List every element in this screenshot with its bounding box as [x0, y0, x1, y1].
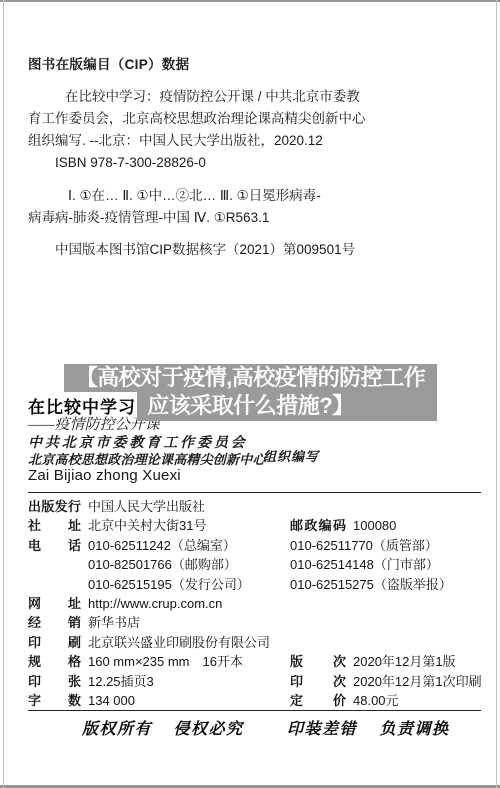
title-pinyin: Zai Bijiao zhong Xuexi [28, 467, 181, 484]
row-label: 经销 [28, 613, 81, 632]
cip-record-number: 中国版本图书馆CIP数据核字（2021）第009501号 [28, 239, 476, 261]
row-value: 新华书店 [88, 613, 140, 632]
row-website: 网址http://www.crup.com.cn [28, 594, 481, 613]
row-publisher: 出版发行中国人民大学出版社 [28, 497, 481, 516]
copyright-page: 图书在版编目（CIP）数据 在比较中学习：疫情防控公开课 / 中共北京市委教 育… [0, 0, 500, 788]
row-format: 规格160 mm×235 mm 16开本 版次2020年12月第1版 [28, 652, 481, 671]
notice-item: 负责调换 [380, 716, 450, 739]
row-printer: 印刷北京联兴盛业印刷股份有限公司 [28, 633, 481, 652]
row-right-value: 100080 [353, 516, 396, 535]
row-right: 010-62514148（门市部） [290, 555, 439, 574]
row-phone-1: 电话010-62511242（总编室） 010-62511770（质管部） [28, 536, 481, 555]
row-label: 印张 [28, 672, 81, 691]
row-right-value: 48.00元 [353, 691, 399, 710]
cip-edition-line: 组织编写. --北京：中国人民大学出版社，2020.12 [28, 130, 476, 152]
notice-item: 版权所有 [82, 716, 152, 739]
scan-edge-top [0, 0, 500, 2]
row-right: 版次2020年12月第1版 [290, 652, 456, 671]
scan-edge-left [3, 0, 4, 788]
row-right-label: 版次 [290, 652, 346, 671]
copyright-notice: 版权所有 侵权必究 印装差错 负责调换 [28, 716, 481, 739]
cip-classification-line-2: 病毒病-肺炎-疫情管理-中国 Ⅳ. ①R563.1 [28, 207, 476, 229]
row-value: 134 000 [88, 691, 135, 710]
cip-title-line: 在比较中学习：疫情防控公开课 / 中共北京市委教 [28, 86, 476, 108]
row-phone-2: 010-82501766（邮购部） 010-62514148（门市部） [28, 555, 481, 574]
row-right: 邮政编码100080 [290, 516, 396, 535]
row-right: 印次2020年12月第1次印刷 [290, 672, 482, 691]
cip-heading: 图书在版编目（CIP）数据 [28, 54, 476, 76]
notice-item: 印装差错 [287, 716, 357, 739]
cip-classification-line-1: Ⅰ. ①在… Ⅱ. ①中…②北… Ⅲ. ①日冕形病毒- [28, 185, 476, 207]
row-distributor: 经销新华书店 [28, 613, 481, 632]
row-value: 北京中关村大街31号 [88, 516, 206, 535]
cip-publisher-line: 育工作委员会，北京高校思想政治理论课高精尖创新中心 [28, 108, 476, 130]
row-label: 电话 [28, 536, 81, 555]
row-label: 出版发行 [28, 497, 81, 516]
row-right-value: 2020年12月第1版 [353, 652, 456, 671]
row-value: 010-62515195（发行公司） [88, 575, 250, 594]
row-right: 010-62511770（质管部） [290, 536, 438, 555]
row-value: 北京联兴盛业印刷股份有限公司 [88, 633, 270, 652]
row-label: 网址 [28, 594, 81, 613]
row-value: 中国人民大学出版社 [88, 497, 205, 516]
row-right-value: 2020年12月第1次印刷 [353, 672, 482, 691]
isbn-line: ISBN 978-7-300-28826-0 [28, 152, 476, 174]
row-value: 12.25插页3 [88, 672, 154, 691]
row-address: 社址北京中关村大街31号 邮政编码100080 [28, 516, 481, 535]
row-sheets: 印张12.25插页3 印次2020年12月第1次印刷 [28, 672, 481, 691]
row-value: http://www.crup.com.cn [88, 594, 222, 613]
row-value: 160 mm×235 mm 16开本 [88, 652, 243, 671]
author-line-2: 北京高校思想政治理论课高精尖创新中心 [28, 449, 266, 468]
colophon-table: 出版发行中国人民大学出版社 社址北京中关村大街31号 邮政编码100080 电话… [28, 497, 481, 710]
row-wordcount: 字数134 000 定价48.00元 [28, 691, 481, 710]
row-right-label: 印次 [290, 672, 346, 691]
row-label: 规格 [28, 652, 81, 671]
row-right: 010-62515275（盗版举报） [290, 575, 452, 594]
cip-block: 图书在版编目（CIP）数据 在比较中学习：疫情防控公开课 / 中共北京市委教 育… [28, 54, 476, 261]
row-value: 010-62511242（总编室） [88, 536, 236, 555]
row-value: 010-82501766（邮购部） [88, 555, 237, 574]
notice-item: 侵权必究 [174, 716, 244, 739]
row-label: 社址 [28, 516, 81, 535]
divider-bottom [28, 710, 481, 711]
row-label: 字数 [28, 691, 81, 710]
caption-line-1: 【高校对于疫情,高校疫情的防控工作 [64, 364, 437, 392]
scan-edge-right [496, 0, 497, 788]
row-right-label: 邮政编码 [290, 516, 346, 535]
row-right-label: 定价 [290, 691, 346, 710]
row-label: 印刷 [28, 633, 81, 652]
author-role: 组织编写 [263, 446, 319, 465]
row-phone-3: 010-62515195（发行公司） 010-62515275（盗版举报） [28, 575, 481, 594]
divider-top [28, 492, 481, 493]
row-right: 定价48.00元 [290, 691, 399, 710]
